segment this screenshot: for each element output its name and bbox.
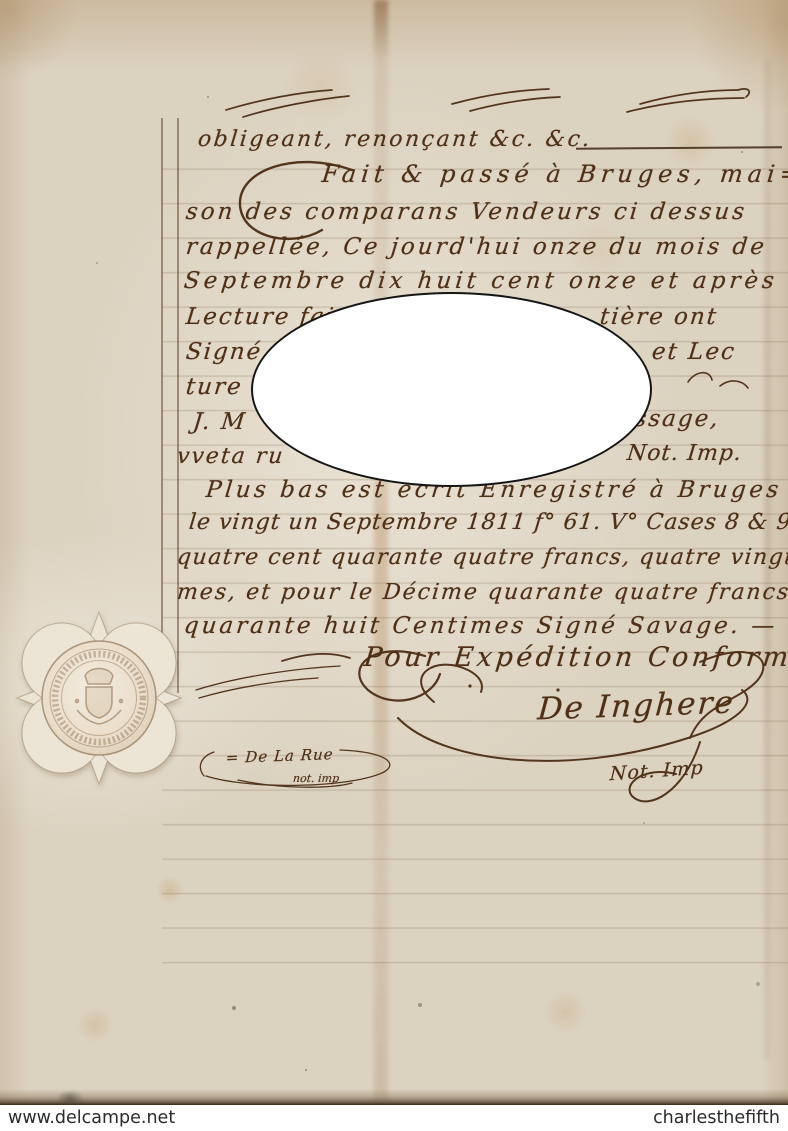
secondary-signature-title: not. imp	[292, 772, 339, 785]
manuscript-line-3: son des comparans Vendeurs ci dessus	[185, 199, 749, 225]
watermark-bar: www.delcampe.net charlesthefifth	[0, 1105, 788, 1131]
manuscript-line-7-right: et Lec	[651, 339, 738, 365]
manuscript-line-15: quarante huit Centimes Signé Savage. —	[183, 613, 779, 639]
manuscript-line-9-left: J. M	[192, 409, 248, 435]
manuscript-line-1: obligeant, renonçant &c. &c.	[197, 127, 594, 152]
manuscript-line-4: rappellée, Ce jourd'hui onze du mois de	[185, 234, 769, 260]
delcampe-url-text: www.delcampe.net	[8, 1108, 175, 1128]
notary-signature: De Inghere	[536, 685, 736, 728]
manuscript-line-14: mes, et pour le Décime quarante quatre f…	[176, 580, 788, 605]
secondary-signature: = De La Rue	[225, 745, 334, 767]
manuscript-line-10-right: Not. Imp.	[626, 441, 744, 466]
manuscript-line-12: le vingt un Septembre 1811 f° 61. V° Cas…	[188, 510, 788, 535]
manuscript-page: obligeant, renonçant &c. &c. Fait & pass…	[0, 0, 788, 1105]
paraph-marks-icon	[226, 89, 749, 117]
manuscript-line-2: Fait & passé à Bruges, mai=	[321, 160, 788, 188]
seller-name-text: charlesthefifth	[653, 1108, 780, 1128]
manuscript-line-6-right: tière ont	[599, 304, 720, 330]
scanned-document: obligeant, renonçant &c. &c. Fait & pass…	[0, 0, 788, 1131]
redaction-oval	[251, 292, 652, 487]
manuscript-line-8-left: ture	[185, 374, 244, 400]
embossed-seal-icon	[13, 606, 185, 786]
manuscript-line-10-left: vveta ru	[176, 444, 286, 469]
manuscript-line-13: quatre cent quarante quatre francs, quat…	[176, 545, 788, 570]
manuscript-line-7-left: Signé	[185, 339, 264, 365]
paper-specks	[0, 0, 2, 2]
manuscript-line-5: Septembre dix huit cent onze et après	[183, 268, 780, 294]
paper-bottom-edge	[0, 1089, 788, 1105]
closing-formula-line: Pour Expédition Conforme	[362, 642, 788, 673]
